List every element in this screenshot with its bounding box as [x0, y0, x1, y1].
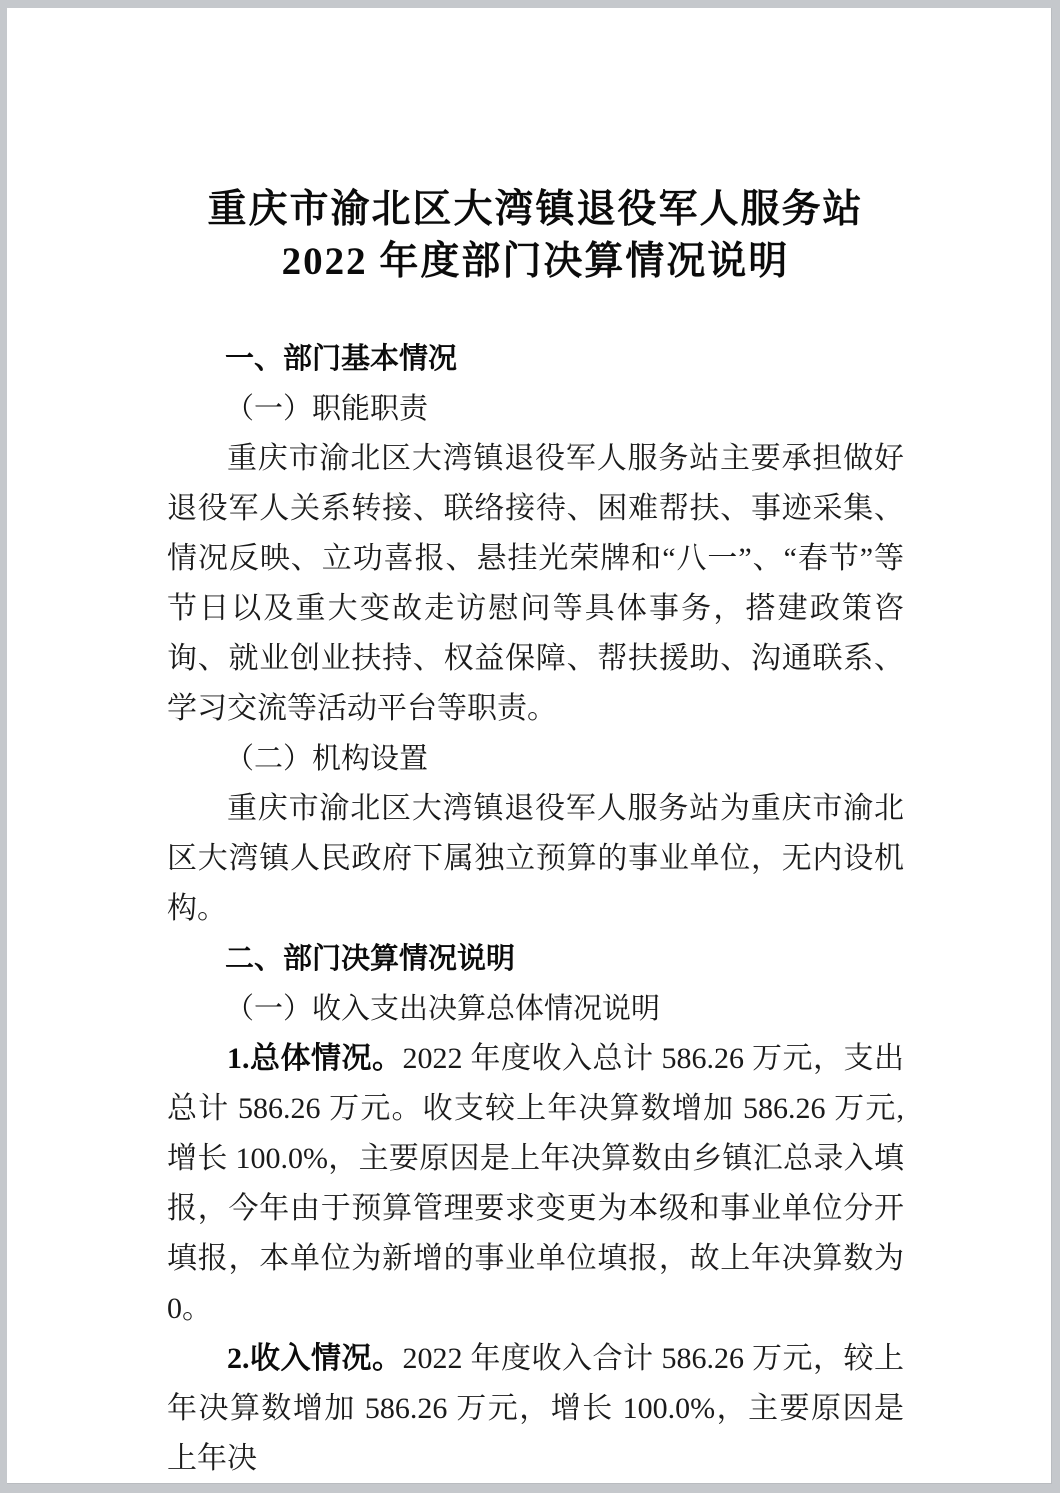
paragraph-total-situation-lead: 1.总体情况。 — [227, 1042, 403, 1075]
subsection-heading-overview: （一）收入支出决算总体情况说明 — [167, 984, 904, 1034]
paragraph-income-situation-lead: 2.收入情况。 — [227, 1342, 403, 1375]
document-page: 重庆市渝北区大湾镇退役军人服务站 2022 年度部门决算情况说明 一、部门基本情… — [7, 8, 1052, 1484]
paragraph-income-situation: 2.收入情况。2022 年度收入合计 586.26 万元，较上年决算数增加 58… — [167, 1334, 904, 1484]
paragraph-duties: 重庆市渝北区大湾镇退役军人服务站主要承担做好退役军人关系转接、联络接待、困难帮扶… — [167, 434, 904, 734]
paragraph-total-situation-text: 2022 年度收入总计 586.26 万元，支出总计 586.26 万元。收支较… — [167, 1042, 904, 1325]
subsection-heading-organization: （二）机构设置 — [167, 734, 904, 784]
subsection-heading-duties: （一）职能职责 — [167, 384, 904, 434]
document-content: 重庆市渝北区大湾镇退役军人服务站 2022 年度部门决算情况说明 一、部门基本情… — [167, 8, 904, 1484]
document-title-line1: 重庆市渝北区大湾镇退役军人服务站 — [167, 184, 904, 236]
paragraph-organization: 重庆市渝北区大湾镇退役军人服务站为重庆市渝北区大湾镇人民政府下属独立预算的事业单… — [167, 784, 904, 934]
paragraph-total-situation: 1.总体情况。2022 年度收入总计 586.26 万元，支出总计 586.26… — [167, 1034, 904, 1334]
document-viewer-frame: 重庆市渝北区大湾镇退役军人服务站 2022 年度部门决算情况说明 一、部门基本情… — [0, 0, 1060, 1493]
section-heading-basic-info: 一、部门基本情况 — [167, 334, 904, 384]
title-spacer — [167, 288, 904, 334]
document-title-line2: 2022 年度部门决算情况说明 — [167, 236, 904, 288]
document-title: 重庆市渝北区大湾镇退役军人服务站 2022 年度部门决算情况说明 — [167, 184, 904, 288]
section-heading-final-accounts: 二、部门决算情况说明 — [167, 934, 904, 984]
